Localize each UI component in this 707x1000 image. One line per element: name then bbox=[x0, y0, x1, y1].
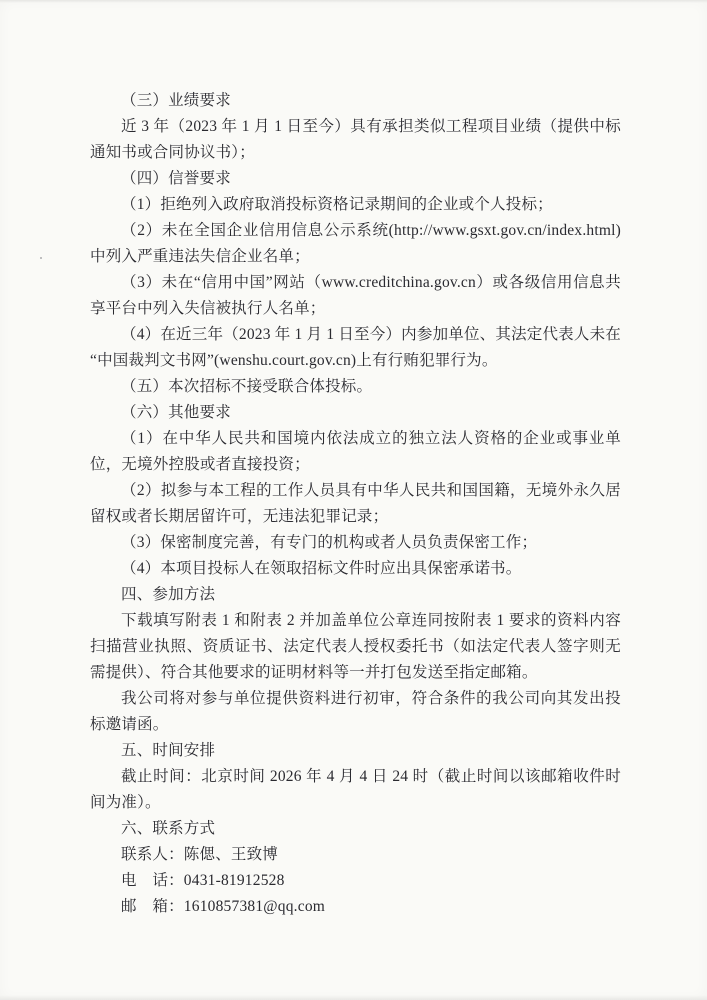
paragraph: （3）未在“信用中国”网站（www.creditchina.gov.cn）或各级… bbox=[90, 270, 621, 322]
paragraph: 我公司将对参与单位提供资料进行初审，符合条件的我公司向其发出投标邀请函。 bbox=[90, 686, 621, 738]
paragraph: （1）拒绝列入政府取消投标资格记录期间的企业或个人投标； bbox=[90, 192, 621, 218]
paragraph: 下载填写附表 1 和附表 2 并加盖单位公章连同按附表 1 要求的资料内容扫描营… bbox=[90, 608, 621, 686]
scan-speck bbox=[40, 257, 42, 259]
paragraph: （3）保密制度完善，有专门的机构或者人员负责保密工作； bbox=[90, 530, 621, 556]
section-heading: 六、联系方式 bbox=[90, 816, 621, 842]
section-heading: 五、时间安排 bbox=[90, 738, 621, 764]
section-heading: 四、参加方法 bbox=[90, 582, 621, 608]
paragraph: （4）本项目投标人在领取招标文件时应出具保密承诺书。 bbox=[90, 556, 621, 582]
scan-edge-bottom bbox=[0, 995, 707, 1000]
paragraph: 近 3 年（2023 年 1 月 1 日至今）具有承担类似工程项目业绩（提供中标… bbox=[90, 114, 621, 166]
section-heading: （五）本次招标不接受联合体投标。 bbox=[90, 374, 621, 400]
paragraph: （2）拟参与本工程的工作人员具有中华人民共和国国籍，无境外永久居留权或者长期居留… bbox=[90, 478, 621, 530]
section-heading: （四）信誉要求 bbox=[90, 166, 621, 192]
paragraph: （4）在近三年（2023 年 1 月 1 日至今）内参加单位、其法定代表人未在“… bbox=[90, 322, 621, 374]
paragraph: 电 话：0431-81912528 bbox=[90, 868, 621, 894]
section-heading: （六）其他要求 bbox=[90, 400, 621, 426]
paragraph: （2）未在全国企业信用信息公示系统(http://www.gsxt.gov.cn… bbox=[90, 218, 621, 270]
section-heading: （三）业绩要求 bbox=[90, 88, 621, 114]
document-body: （三）业绩要求近 3 年（2023 年 1 月 1 日至今）具有承担类似工程项目… bbox=[90, 88, 621, 920]
document-page: （三）业绩要求近 3 年（2023 年 1 月 1 日至今）具有承担类似工程项目… bbox=[0, 0, 707, 1000]
scan-edge-top bbox=[0, 0, 707, 3]
paragraph: 截止时间：北京时间 2026 年 4 月 4 日 24 时（截止时间以该邮箱收件… bbox=[90, 764, 621, 816]
paragraph: 邮 箱：1610857381@qq.com bbox=[90, 894, 621, 920]
paragraph: 联系人：陈偲、王致博 bbox=[90, 842, 621, 868]
paragraph: （1）在中华人民共和国境内依法成立的独立法人资格的企业或事业单位，无境外控股或者… bbox=[90, 426, 621, 478]
